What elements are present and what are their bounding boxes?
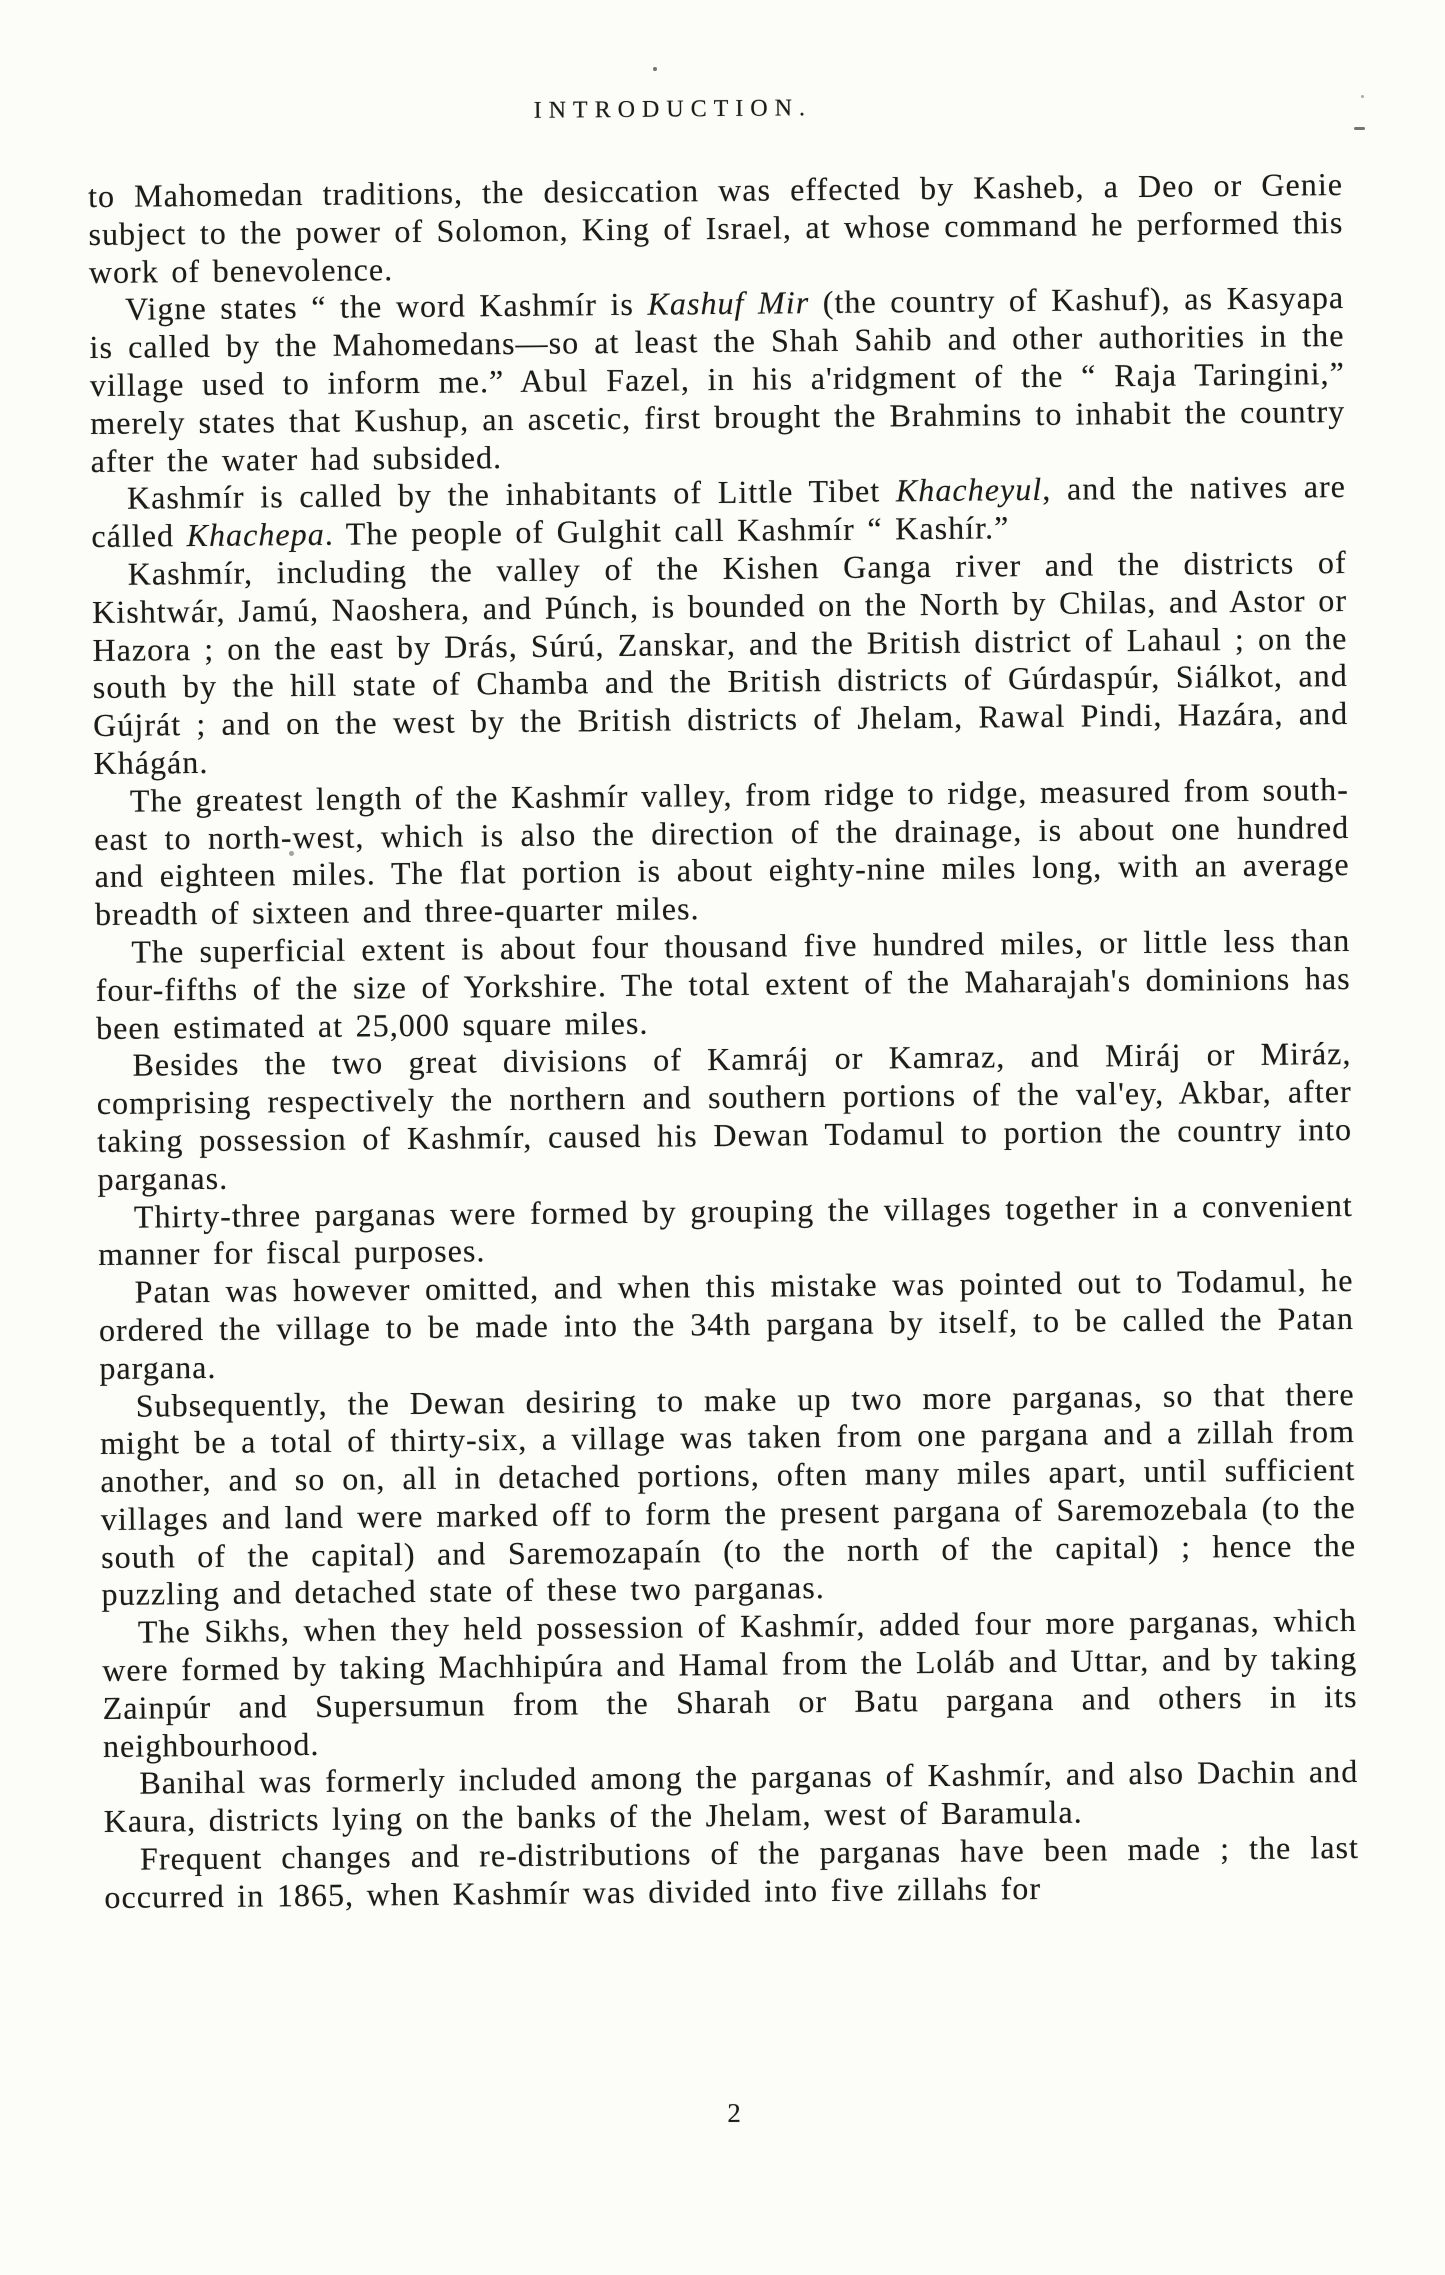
paragraph: Thirty-three parganas were formed by gro… [98,1186,1354,1274]
text-run: Kashmír is called by the inhabitants of … [127,473,896,516]
paragraph: Kashmír, including the valley of the Kis… [92,544,1349,783]
paragraph: Vigne states “ the word Kashmír is Kashu… [89,279,1346,480]
text-run: . The people of Gulghit call Kashmír “ K… [325,509,1010,552]
paragraph: The greatest length of the Kashmír valle… [94,771,1350,934]
text-run: Patan was however omitted, and when this… [99,1262,1354,1386]
text-run: to Mahomedan traditions, the desiccation… [88,166,1344,290]
paragraph: to Mahomedan traditions, the desiccation… [88,166,1344,291]
paragraph: The superficial extent is about four tho… [95,922,1351,1047]
scan-speck [289,851,294,856]
text-run: Frequent changes and re-distributions of… [104,1829,1359,1915]
text-run: The superficial extent is about four tho… [96,922,1351,1046]
text-block: to Mahomedan traditions, the desiccation… [88,166,1360,1917]
paragraph: Kashmír is called by the inhabitants of … [91,468,1347,556]
text-column: INTRODUCTION. to Mahomedan traditions, t… [87,90,1359,1917]
text-run: The greatest length of the Kashmír valle… [94,771,1350,932]
text-run: The Sikhs, when they held possession of … [102,1602,1358,1763]
scanned-book-page: INTRODUCTION. to Mahomedan traditions, t… [0,0,1445,2275]
scan-speck [1354,127,1365,130]
page-number: 2 [11,2091,1445,2136]
italic-term: Khachepa [186,516,324,553]
paragraph: Banihal was formerly included among the … [103,1753,1359,1841]
paragraph: Besides the two great divisions of Kamrá… [96,1035,1352,1198]
text-run: Vigne states “ the word Kashmír is [125,286,648,327]
paragraph: Frequent changes and re-distributions of… [104,1829,1360,1917]
page-heading: INTRODUCTION. [45,90,1300,129]
scan-area: INTRODUCTION. to Mahomedan traditions, t… [0,0,1445,2275]
paragraph: The Sikhs, when they held possession of … [102,1602,1358,1765]
paragraph: Patan was however omitted, and when this… [98,1262,1354,1387]
scan-speck [653,67,657,71]
italic-term: Khacheyul [896,471,1043,508]
text-run: Thirty-three parganas were formed by gro… [98,1186,1353,1272]
text-run: Banihal was formerly included among the … [104,1753,1359,1839]
text-run: Kashmír, including the valley of the Kis… [92,544,1348,781]
scan-speck [1361,95,1364,98]
text-run: Subsequently, the Dewan desiring to make… [100,1375,1356,1612]
text-run: Besides the two great divisions of Kamrá… [97,1035,1353,1196]
paragraph: Subsequently, the Dewan desiring to make… [100,1375,1357,1614]
italic-term: Kashuf Mir [647,285,809,323]
